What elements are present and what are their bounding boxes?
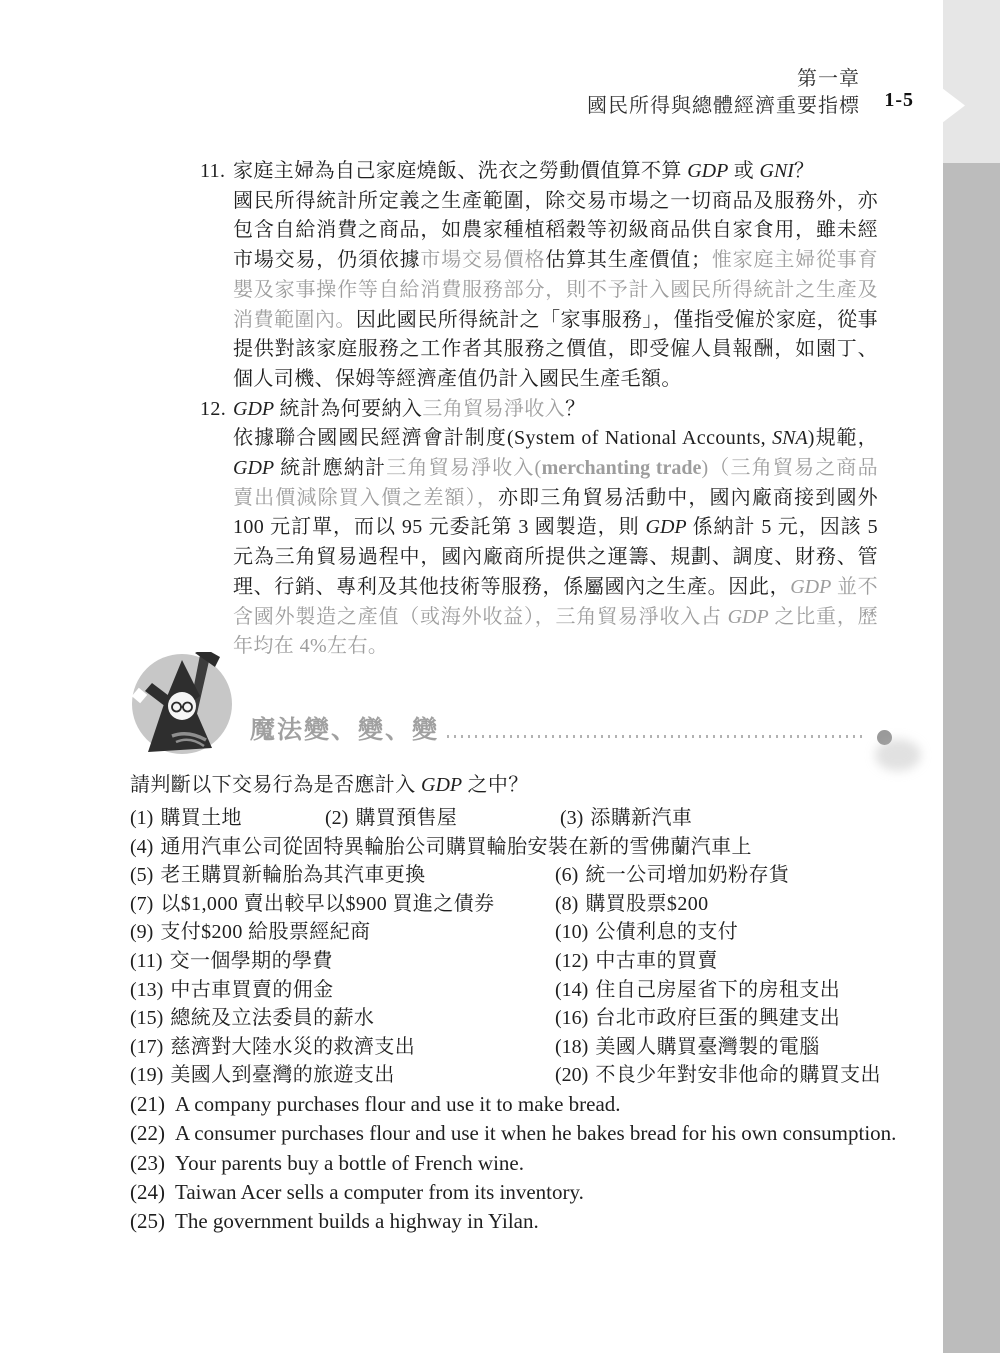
question-title: 家庭主婦為自己家庭燒飯、洗衣之勞動價值算不算 GDP 或 GNI？: [233, 157, 878, 187]
quiz-row: (4)通用汽車公司從固特異輪胎公司購買輪胎安裝在新的雪佛蘭汽車上: [130, 833, 910, 862]
qa-content: 11. 家庭主婦為自己家庭燒飯、洗衣之勞動價值算不算 GDP 或 GNI？ 國民…: [200, 157, 878, 662]
question-answer: 依據聯合國國民經濟會計制度(System of National Account…: [233, 424, 878, 662]
quiz-row: (9)支付$200 給股票經紀商 (10)公債利息的支付: [130, 918, 910, 947]
quiz-row: (11)交一個學期的學費 (12)中古車的買賣: [130, 947, 910, 976]
question-title: GDP 統計為何要納入三角貿易淨收入？: [233, 395, 878, 425]
question-body: 家庭主婦為自己家庭燒飯、洗衣之勞動價值算不算 GDP 或 GNI？ 國民所得統計…: [233, 157, 878, 395]
quiz-item-3: (3)添購新汽車: [560, 804, 692, 833]
page-header: 第一章 國民所得與總體經濟重要指標 1-5: [587, 66, 860, 120]
question-11: 11. 家庭主婦為自己家庭燒飯、洗衣之勞動價值算不算 GDP 或 GNI？ 國民…: [200, 157, 878, 395]
quiz-intro: 請判斷以下交易行為是否應計入 GDP 之中？: [130, 770, 910, 800]
quiz-item-6: (6)統一公司增加奶粉存貨: [555, 861, 789, 890]
quiz-row: (15)總統及立法委員的薪水 (16)台北市政府巨蛋的興建支出: [130, 1004, 910, 1033]
side-rail: [943, 0, 1000, 1353]
quiz-item-8: (8)購買股票$200: [555, 890, 709, 919]
leader-end-dot-icon: [877, 730, 892, 745]
quiz-row: (13)中古車買賣的佣金 (14)住自己房屋省下的房租支出: [130, 976, 910, 1005]
quiz-row: (22)A consumer purchases flour and use i…: [130, 1119, 910, 1148]
chevron-right-icon: [942, 88, 965, 123]
quiz-item-22: (22)A consumer purchases flour and use i…: [130, 1119, 896, 1148]
quiz-item-23: (23)Your parents buy a bottle of French …: [130, 1149, 524, 1178]
quiz-item-20: (20)不良少年對安非他命的購買支出: [555, 1061, 881, 1090]
magic-section-title: 魔法變、變、變: [250, 710, 439, 746]
quiz-row: (5)老王購買新輪胎為其汽車更換 (6)統一公司增加奶粉存貨: [130, 861, 910, 890]
quiz-item-4: (4)通用汽車公司從固特異輪胎公司購買輪胎安裝在新的雪佛蘭汽車上: [130, 833, 752, 862]
quiz-row: (7)以$1,000 賣出較早以$900 買進之債券 (8)購買股票$200: [130, 890, 910, 919]
quiz-item-25: (25)The government builds a highway in Y…: [130, 1207, 539, 1236]
magic-section-header: 魔法變、變、變: [130, 652, 892, 756]
quiz-row: (23)Your parents buy a bottle of French …: [130, 1149, 910, 1178]
quiz-item-5: (5)老王購買新輪胎為其汽車更換: [130, 861, 555, 890]
question-12: 12. GDP 統計為何要納入三角貿易淨收入？ 依據聯合國國民經濟會計制度(Sy…: [200, 395, 878, 662]
quiz-item-16: (16)台北市政府巨蛋的興建支出: [555, 1004, 840, 1033]
quiz-row: (1)購買土地 (2)購買預售屋 (3)添購新汽車: [130, 804, 910, 833]
question-answer: 國民所得統計所定義之生產範圍，除交易市場之一切商品及服務外，亦包含自給消費之商品…: [233, 187, 878, 395]
quiz-item-19: (19)美國人到臺灣的旅遊支出: [130, 1061, 555, 1090]
chapter-title: 第一章: [587, 66, 860, 93]
quiz-item-15: (15)總統及立法委員的薪水: [130, 1004, 555, 1033]
question-body: GDP 統計為何要納入三角貿易淨收入？ 依據聯合國國民經濟會計制度(System…: [233, 395, 878, 662]
quiz-row: (24)Taiwan Acer sells a computer from it…: [130, 1178, 910, 1207]
quiz-item-7: (7)以$1,000 賣出較早以$900 買進之債券: [130, 890, 555, 919]
quiz-row: (17)慈濟對大陸水災的救濟支出 (18)美國人購買臺灣製的電腦: [130, 1033, 910, 1062]
quiz-item-9: (9)支付$200 給股票經紀商: [130, 918, 555, 947]
page-number: 1-5: [884, 87, 914, 114]
question-number: 12.: [200, 395, 233, 662]
dotted-leader-line: [447, 735, 865, 738]
quiz-item-13: (13)中古車買賣的佣金: [130, 976, 555, 1005]
quiz-item-1: (1)購買土地: [130, 804, 325, 833]
quiz-item-21: (21)A company purchases flour and use it…: [130, 1090, 621, 1119]
side-rail-bottom: [943, 163, 1000, 1353]
quiz-item-24: (24)Taiwan Acer sells a computer from it…: [130, 1178, 584, 1207]
quiz-item-17: (17)慈濟對大陸水災的救濟支出: [130, 1033, 555, 1062]
gdp-quiz: 請判斷以下交易行為是否應計入 GDP 之中？ (1)購買土地 (2)購買預售屋 …: [130, 770, 910, 1236]
quiz-item-11: (11)交一個學期的學費: [130, 947, 555, 976]
question-number: 11.: [200, 157, 233, 395]
quiz-item-10: (10)公債利息的支付: [555, 918, 738, 947]
quiz-item-18: (18)美國人購買臺灣製的電腦: [555, 1033, 820, 1062]
quiz-row: (19)美國人到臺灣的旅遊支出 (20)不良少年對安非他命的購買支出: [130, 1061, 910, 1090]
chapter-subtitle: 國民所得與總體經濟重要指標: [587, 93, 860, 120]
quiz-row: (21)A company purchases flour and use it…: [130, 1090, 910, 1119]
side-rail-top: [943, 0, 1000, 163]
quiz-item-12: (12)中古車的買賣: [555, 947, 718, 976]
quiz-item-2: (2)購買預售屋: [325, 804, 560, 833]
wizard-icon: [130, 652, 234, 756]
textbook-page: 第一章 國民所得與總體經濟重要指標 1-5 11. 家庭主婦為自己家庭燒飯、洗衣…: [0, 0, 1000, 1353]
quiz-row: (25)The government builds a highway in Y…: [130, 1207, 910, 1236]
quiz-item-14: (14)住自己房屋省下的房租支出: [555, 976, 840, 1005]
